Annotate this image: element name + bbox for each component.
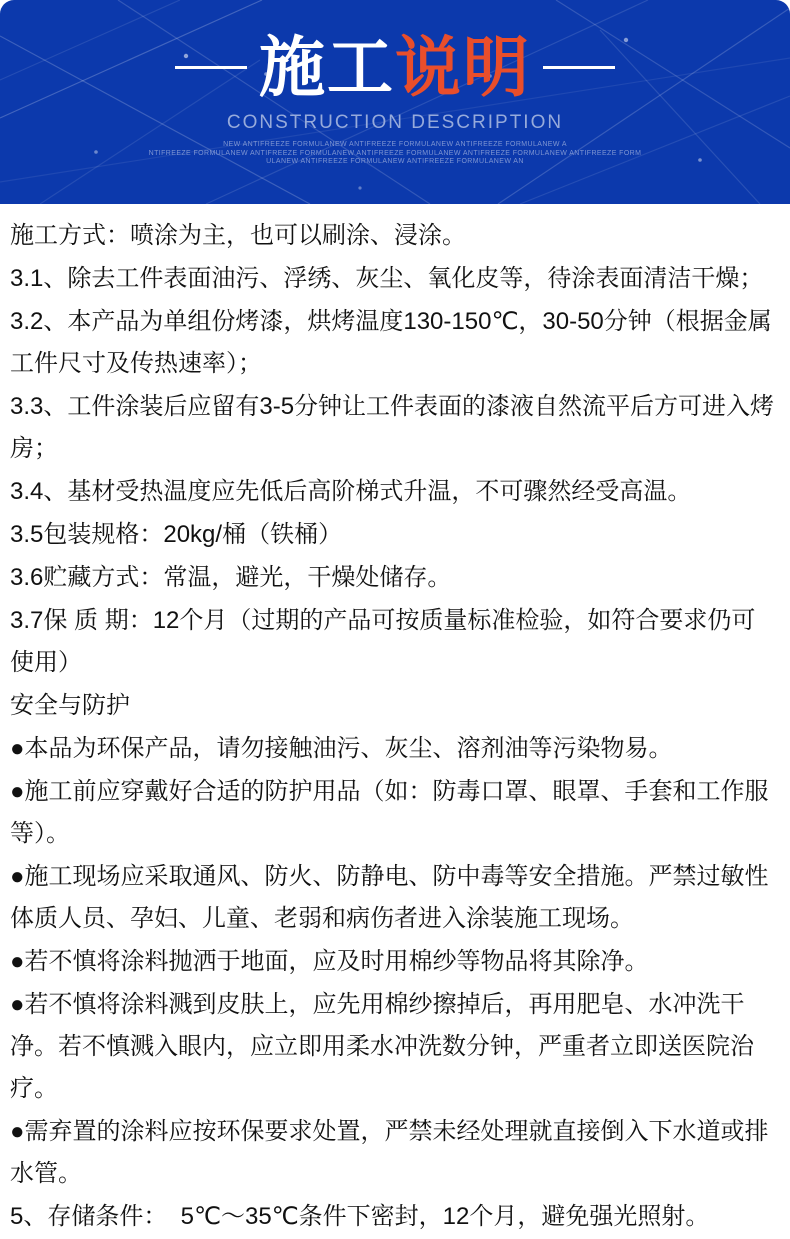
banner-subtitle: CONSTRUCTION DESCRIPTION: [0, 113, 790, 133]
body-paragraph: 3.4、基材受热温度应先低后高阶梯式升温，不可骤然经受高温。: [10, 471, 778, 513]
body-paragraph: ●若不慎将涂料溅到皮肤上，应先用棉纱擦掉后，再用肥皂、水冲洗干净。若不慎溅入眼内…: [10, 984, 778, 1110]
body-paragraph: ●施工现场应采取通风、防火、防静电、防中毒等安全措施。严禁过敏性体质人员、孕妇、…: [10, 856, 778, 940]
banner-microtext-line: NEW ANTIFREEZE FORMULANEW ANTIFREEZE FOR…: [0, 141, 790, 150]
banner-title-row: 施工说明: [0, 34, 790, 100]
body-paragraph: 3.6贮藏方式：常温，避光，干燥处储存。: [10, 557, 778, 599]
title-right-dash: [543, 66, 615, 69]
body-paragraph: 3.1、除去工件表面油污、浮绣、灰尘、氧化皮等，待涂表面清洁干燥；: [10, 258, 778, 300]
body-paragraph: ●若不慎将涂料抛洒于地面，应及时用棉纱等物品将其除净。: [10, 941, 778, 983]
page-title-part1: 施工: [259, 30, 395, 104]
banner-microtext-line: ULANEW ANTIFREEZE FORMULANEW ANTIFREEZE …: [0, 158, 790, 167]
page-title: 施工说明: [259, 34, 531, 100]
page-title-part2: 说明: [395, 30, 531, 104]
banner-microtext: NEW ANTIFREEZE FORMULANEW ANTIFREEZE FOR…: [0, 141, 790, 167]
body-paragraph: ●需弃置的涂料应按环保要求处置，严禁未经处理就直接倒入下水道或排水管。: [10, 1111, 778, 1195]
body-paragraph: 施工方式：喷涂为主，也可以刷涂、浸涂。: [10, 215, 778, 257]
body-paragraph: 3.7保 质 期：12个月（过期的产品可按质量标准检验，如符合要求仍可使用）: [10, 600, 778, 684]
body-paragraph: 安全与防护: [10, 685, 778, 727]
body-paragraph: 5、存储条件： 5℃～35℃条件下密封，12个月，避免强光照射。: [10, 1196, 778, 1238]
banner-microtext-line: NTIFREEZE FORMULANEW ANTIFREEZE FORMULAN…: [0, 150, 790, 159]
body-paragraph: ●施工前应穿戴好合适的防护用品（如：防毒口罩、眼罩、手套和工作服等）。: [10, 771, 778, 855]
body-paragraph: ●本品为环保产品，请勿接触油污、灰尘、溶剂油等污染物易。: [10, 728, 778, 770]
body-paragraph: 3.5包装规格：20kg/桶（铁桶）: [10, 514, 778, 556]
title-left-dash: [175, 66, 247, 69]
body-paragraph: 3.2、本产品为单组份烤漆，烘烤温度130-150℃，30-50分钟（根据金属工…: [10, 301, 778, 385]
description-body: 施工方式：喷涂为主，也可以刷涂、浸涂。3.1、除去工件表面油污、浮绣、灰尘、氧化…: [0, 204, 790, 1238]
body-paragraph: 3.3、工件涂装后应留有3-5分钟让工件表面的漆液自然流平后方可进入烤房；: [10, 386, 778, 470]
banner: 施工说明 CONSTRUCTION DESCRIPTION NEW ANTIFR…: [0, 0, 790, 204]
page: 施工说明 CONSTRUCTION DESCRIPTION NEW ANTIFR…: [0, 0, 790, 1239]
